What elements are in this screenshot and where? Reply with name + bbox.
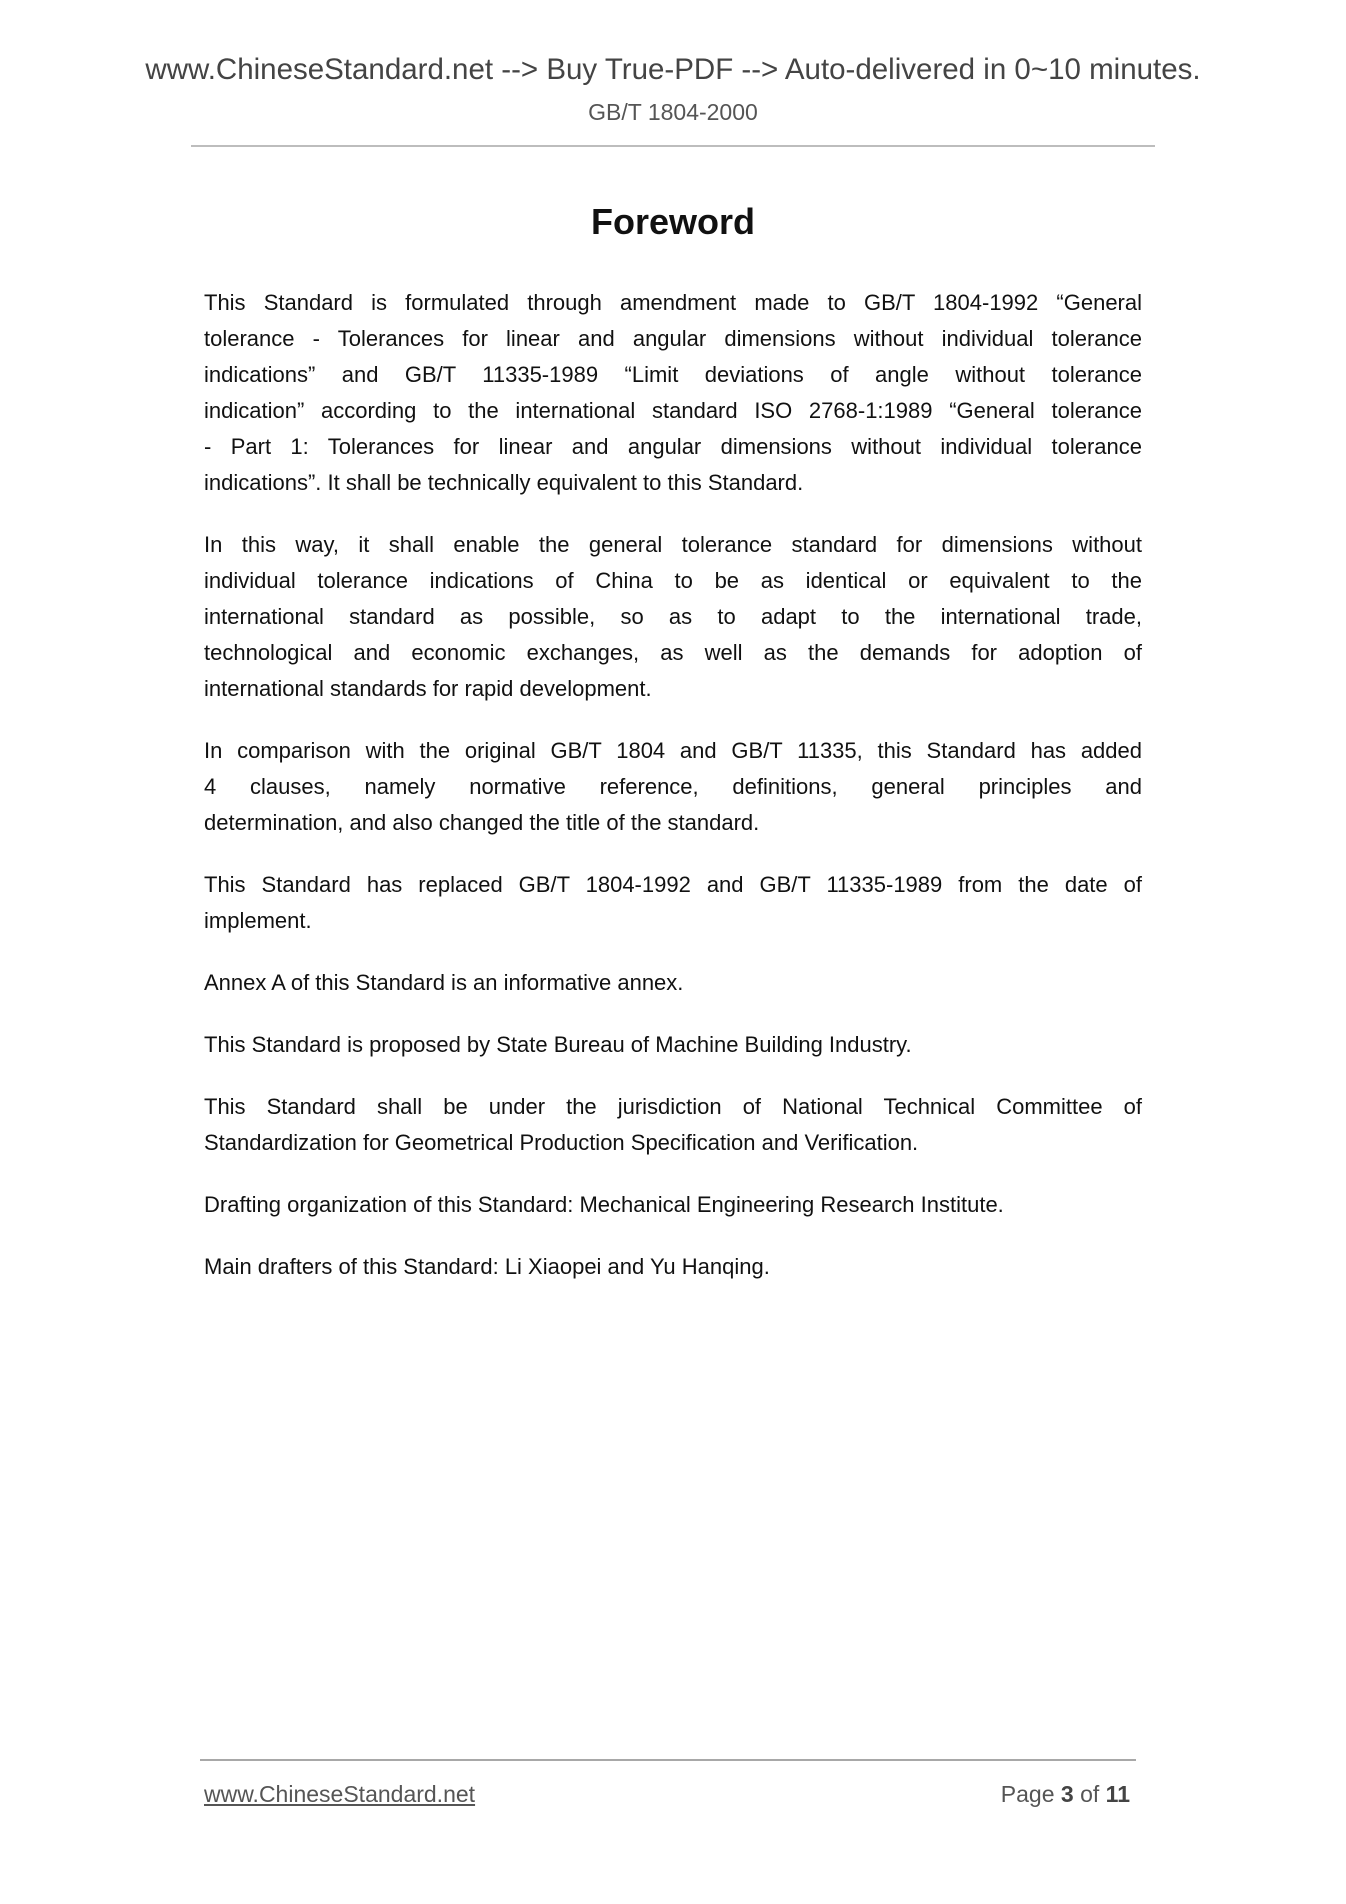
page-current: 3 bbox=[1061, 1781, 1074, 1807]
paragraph: Annex A of this Standard is an informati… bbox=[204, 965, 1142, 1001]
footer-site-link[interactable]: www.ChineseStandard.net bbox=[204, 1779, 475, 1809]
page-of: of bbox=[1080, 1781, 1099, 1807]
text-line: international standards for rapid develo… bbox=[204, 671, 1142, 707]
page-label: Page bbox=[1001, 1781, 1055, 1807]
text-line: international standard as possible, so a… bbox=[204, 599, 1142, 635]
paragraph: This Standard shall be under the jurisdi… bbox=[204, 1089, 1142, 1161]
text-line: implement. bbox=[204, 903, 1142, 939]
text-line: Drafting organization of this Standard: … bbox=[204, 1187, 1142, 1223]
text-line: determination, and also changed the titl… bbox=[204, 805, 1142, 841]
paragraph: This Standard is formulated through amen… bbox=[204, 285, 1142, 501]
footer-divider bbox=[200, 1759, 1136, 1761]
text-line: In comparison with the original GB/T 180… bbox=[204, 733, 1142, 769]
foreword-body: This Standard is formulated through amen… bbox=[204, 285, 1142, 1311]
text-line: indications” and GB/T 11335-1989 “Limit … bbox=[204, 357, 1142, 393]
text-line: This Standard has replaced GB/T 1804-199… bbox=[204, 867, 1142, 903]
paragraph: This Standard is proposed by State Burea… bbox=[204, 1027, 1142, 1063]
paragraph: In comparison with the original GB/T 180… bbox=[204, 733, 1142, 841]
page-title: Foreword bbox=[0, 200, 1346, 244]
text-line: This Standard shall be under the jurisdi… bbox=[204, 1089, 1142, 1125]
text-line: indication” according to the internation… bbox=[204, 393, 1142, 429]
paragraph: Main drafters of this Standard: Li Xiaop… bbox=[204, 1249, 1142, 1285]
text-line: individual tolerance indications of Chin… bbox=[204, 563, 1142, 599]
paragraph: This Standard has replaced GB/T 1804-199… bbox=[204, 867, 1142, 939]
document-id: GB/T 1804-2000 bbox=[0, 97, 1346, 127]
text-line: tolerance - Tolerances for linear and an… bbox=[204, 321, 1142, 357]
text-line: indications”. It shall be technically eq… bbox=[204, 465, 1142, 501]
text-line: technological and economic exchanges, as… bbox=[204, 635, 1142, 671]
text-line: This Standard is formulated through amen… bbox=[204, 285, 1142, 321]
header-banner: www.ChineseStandard.net --> Buy True-PDF… bbox=[0, 52, 1346, 88]
text-line: Annex A of this Standard is an informati… bbox=[204, 965, 1142, 1001]
page-indicator: Page 3 of 11 bbox=[1001, 1779, 1130, 1809]
text-line: In this way, it shall enable the general… bbox=[204, 527, 1142, 563]
text-line: Main drafters of this Standard: Li Xiaop… bbox=[204, 1249, 1142, 1285]
text-line: This Standard is proposed by State Burea… bbox=[204, 1027, 1142, 1063]
text-line: 4 clauses, namely normative reference, d… bbox=[204, 769, 1142, 805]
header-divider bbox=[191, 145, 1155, 147]
text-line: - Part 1: Tolerances for linear and angu… bbox=[204, 429, 1142, 465]
paragraph: Drafting organization of this Standard: … bbox=[204, 1187, 1142, 1223]
paragraph: In this way, it shall enable the general… bbox=[204, 527, 1142, 707]
page-total: 11 bbox=[1106, 1781, 1130, 1807]
text-line: Standardization for Geometrical Producti… bbox=[204, 1125, 1142, 1161]
